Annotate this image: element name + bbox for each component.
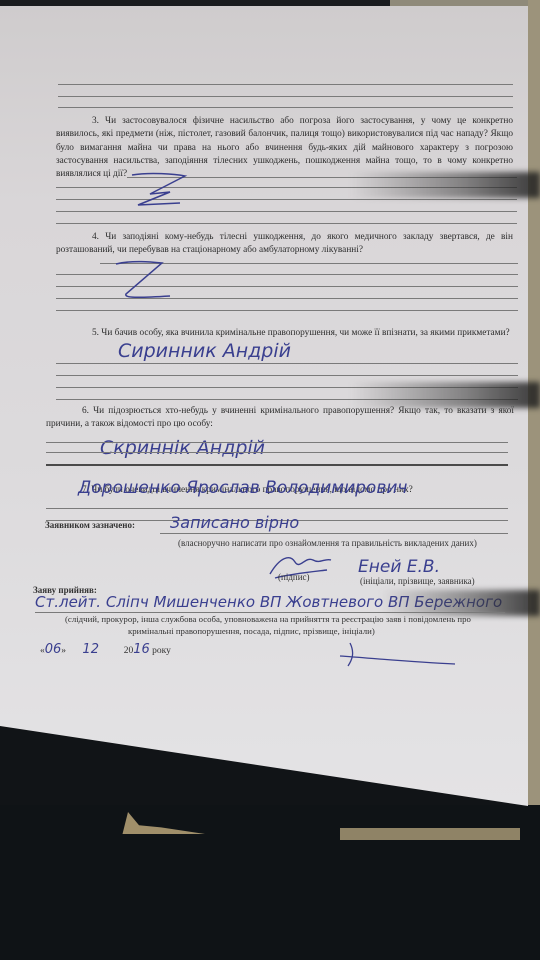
background-object	[340, 828, 520, 840]
answer-line	[56, 211, 517, 212]
applicant-name-hint: (ініціали, прізвище, заявника)	[360, 576, 475, 586]
answer-7-handwriting: Дорошенко Ярослав Володимирович	[78, 478, 407, 498]
answer-6-handwriting: Скриннік Андрій	[100, 437, 265, 459]
answer-line	[46, 442, 508, 443]
answer-line	[46, 464, 508, 466]
blank-line	[58, 107, 513, 108]
date-field: «06» 12 2016 року	[40, 642, 171, 657]
signature-hint: (підпис)	[278, 572, 310, 582]
date-suffix: року	[152, 646, 171, 656]
blank-line	[58, 84, 513, 85]
answer-z-mark-icon	[112, 258, 172, 303]
answer-line	[160, 533, 508, 534]
question-5-text: 5. Чи бачив особу, яка вчинила криміналь…	[56, 327, 513, 340]
background-right-edge	[528, 0, 540, 845]
answer-line	[46, 452, 508, 453]
applicant-note-hint: (власноручно написати про ознайомлення т…	[178, 538, 477, 548]
answer-line	[56, 199, 517, 200]
applicant-note-label: Заявником зазначено:	[45, 520, 135, 530]
date-day: 06	[45, 642, 62, 657]
date-month: 12	[82, 642, 99, 657]
received-hint-line1: (слідчий, прокурор, інша службова особа,…	[65, 614, 471, 624]
date-year: 16	[133, 642, 150, 657]
answer-line	[56, 375, 518, 376]
answer-line	[46, 508, 508, 509]
answer-z-mark-icon	[130, 172, 190, 212]
receiver-signature-icon	[330, 638, 460, 668]
question-4-text: 4. Чи заподіяні кому-небудь тілесні ушко…	[56, 231, 513, 258]
question-6-text: 6. Чи підозрюється хто-небудь у вчиненні…	[46, 405, 514, 432]
received-hint-line2: кримінальні правопорушення, посада, підп…	[128, 626, 375, 636]
applicant-note-handwriting: Записано вірно	[170, 513, 299, 532]
answer-line	[56, 223, 517, 224]
blank-line	[58, 96, 513, 97]
applicant-name-handwriting: Еней Е.В.	[358, 557, 440, 577]
scan-shadow	[350, 172, 540, 198]
answer-line	[56, 310, 518, 311]
answer-line	[56, 363, 518, 364]
answer-line	[35, 612, 505, 613]
answer-5-handwriting: Сиринник Андрій	[118, 340, 291, 362]
